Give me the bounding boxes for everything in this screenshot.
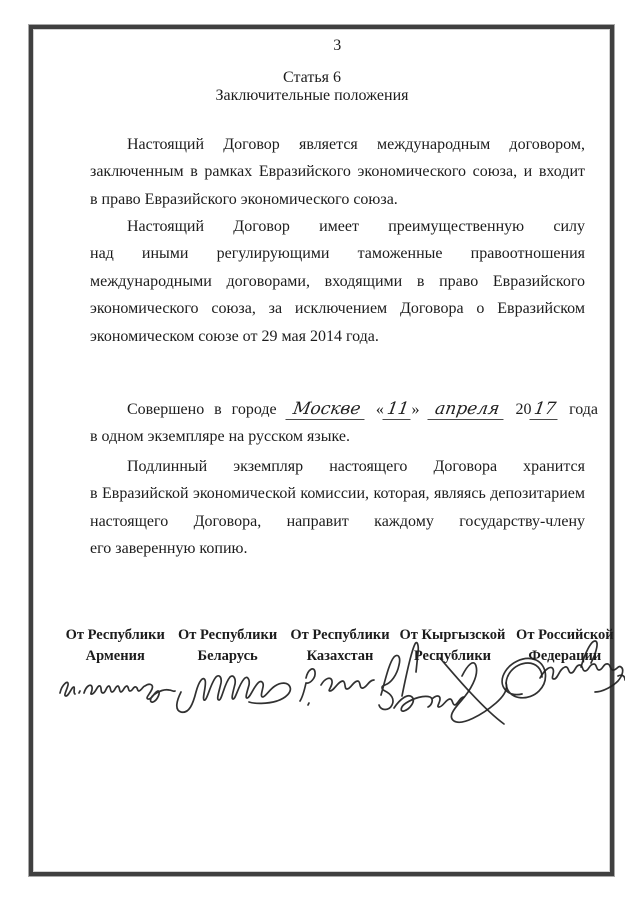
execution-clause: Совершено в городе Москве «11» апреля 20… — [90, 396, 598, 451]
text-line: над иными регулирующими таможенные право… — [90, 240, 585, 267]
execution-tail: года — [569, 401, 598, 418]
article-title: Статья 6 — [42, 69, 582, 87]
text-line: настоящего Договора, направит каждому го… — [90, 508, 585, 535]
signatures-overlay — [50, 636, 625, 741]
signature-belarus-icon — [177, 676, 291, 712]
text-line: экономического союза, за исключением Дог… — [90, 295, 585, 322]
text-line: в одном экземпляре на русском языке. — [90, 423, 598, 450]
text-line: Подлинный экземпляр настоящего Договора … — [90, 453, 585, 480]
article-subtitle: Заключительные положения — [42, 87, 582, 105]
paragraph-legal-status: Настоящий Договор является международным… — [90, 131, 585, 213]
text-line: Настоящий Договор является международным… — [90, 131, 585, 158]
signature-kyrgyzstan-icon — [394, 643, 507, 724]
handwritten-day: 11 — [382, 400, 413, 420]
paragraph-depositary: Подлинный экземпляр настоящего Договора … — [90, 453, 585, 563]
text-line: заключенным в рамках Евразийского эконом… — [90, 158, 585, 185]
signature-russia-icon — [502, 641, 625, 698]
execution-prefix: Совершено в городе — [127, 401, 277, 418]
text-line: в Евразийской экономической комиссии, ко… — [90, 480, 585, 507]
text-line: экономическом союзе от 29 мая 2014 года. — [90, 323, 585, 350]
text-line: его заверенную копию. — [90, 535, 585, 562]
paragraph-precedence: Настоящий Договор имеет преимущественную… — [90, 213, 585, 350]
signature-kazakhstan-icon — [300, 655, 400, 709]
execution-line: Совершено в городе Москве «11» апреля 20… — [90, 396, 598, 423]
page-number: 3 — [90, 37, 585, 55]
text-line: международными договорами, входящими в п… — [90, 268, 585, 295]
handwritten-month: апреля — [428, 400, 507, 420]
article-heading-block: Статья 6 Заключительные положения — [42, 69, 582, 104]
handwritten-year: 17 — [530, 400, 561, 420]
text-line: в право Евразийского экономического союз… — [90, 186, 585, 213]
text-line: Настоящий Договор имеет преимущественную… — [90, 213, 585, 240]
handwritten-city: Москве — [285, 400, 367, 420]
signature-armenia-icon — [60, 682, 175, 702]
